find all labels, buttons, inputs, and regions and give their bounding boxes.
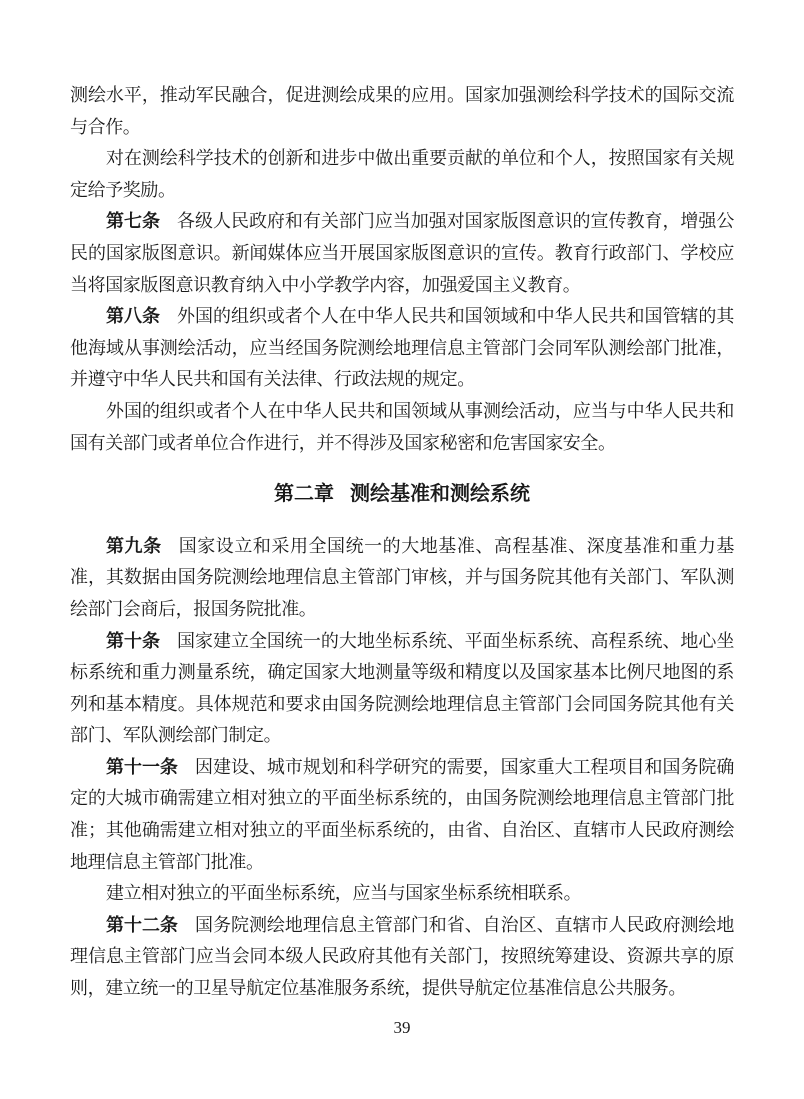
article-number: 第八条: [106, 306, 160, 326]
paragraph-text: 各级人民政府和有关部门应当加强对国家版图意识的宣传教育，增强公民的国家版图意识。…: [70, 211, 734, 294]
chapter-title: 测绘基准和测绘系统: [350, 483, 530, 505]
paragraph: 第十一条因建设、城市规划和科学研究的需要，国家重大工程项目和国务院确定的大城市确…: [70, 752, 734, 878]
document-page: 测绘水平，推动军民融合，促进测绘成果的应用。国家加强测绘科学技术的国际交流与合作…: [0, 0, 804, 1099]
paragraph-text: 国家设立和采用全国统一的大地基准、高程基准、深度基准和重力基准，其数据由国务院测…: [70, 536, 734, 619]
article-number: 第十条: [106, 631, 160, 651]
article-number: 第九条: [106, 536, 162, 556]
paragraph: 建立相对独立的平面坐标系统，应当与国家坐标系统相联系。: [70, 878, 734, 910]
paragraph-text: 对在测绘科学技术的创新和进步中做出重要贡献的单位和个人，按照国家有关规定给予奖励…: [70, 148, 734, 200]
paragraph: 对在测绘科学技术的创新和进步中做出重要贡献的单位和个人，按照国家有关规定给予奖励…: [70, 143, 734, 206]
paragraph: 外国的组织或者个人在中华人民共和国领域从事测绘活动，应当与中华人民共和国有关部门…: [70, 396, 734, 459]
paragraph: 第十二条国务院测绘地理信息主管部门和省、自治区、直辖市人民政府测绘地理信息主管部…: [70, 910, 734, 1005]
article-number: 第七条: [106, 211, 160, 231]
chapter-number: 第二章: [274, 483, 334, 505]
paragraph: 测绘水平，推动军民融合，促进测绘成果的应用。国家加强测绘科学技术的国际交流与合作…: [70, 80, 734, 143]
paragraph: 第八条外国的组织或者个人在中华人民共和国领域和中华人民共和国管辖的其他海域从事测…: [70, 301, 734, 396]
paragraph: 第九条国家设立和采用全国统一的大地基准、高程基准、深度基准和重力基准，其数据由国…: [70, 531, 734, 626]
article-number: 第十一条: [106, 757, 178, 777]
paragraph: 第十条国家建立全国统一的大地坐标系统、平面坐标系统、高程系统、地心坐标系统和重力…: [70, 626, 734, 752]
article-number: 第十二条: [106, 915, 178, 935]
paragraph: 第七条各级人民政府和有关部门应当加强对国家版图意识的宣传教育，增强公民的国家版图…: [70, 206, 734, 301]
paragraph-text: 建立相对独立的平面坐标系统，应当与国家坐标系统相联系。: [106, 883, 581, 903]
paragraph-text: 测绘水平，推动军民融合，促进测绘成果的应用。国家加强测绘科学技术的国际交流与合作…: [70, 85, 734, 137]
paragraph-text: 国家建立全国统一的大地坐标系统、平面坐标系统、高程系统、地心坐标系统和重力测量系…: [70, 631, 734, 746]
page-number: 39: [0, 1018, 804, 1038]
paragraph-text: 外国的组织或者个人在中华人民共和国领域从事测绘活动，应当与中华人民共和国有关部门…: [70, 401, 734, 453]
chapter-heading: 第二章测绘基准和测绘系统: [70, 479, 734, 511]
document-body: 测绘水平，推动军民融合，促进测绘成果的应用。国家加强测绘科学技术的国际交流与合作…: [70, 80, 734, 1005]
paragraph-text: 外国的组织或者个人在中华人民共和国领域和中华人民共和国管辖的其他海域从事测绘活动…: [70, 306, 734, 389]
